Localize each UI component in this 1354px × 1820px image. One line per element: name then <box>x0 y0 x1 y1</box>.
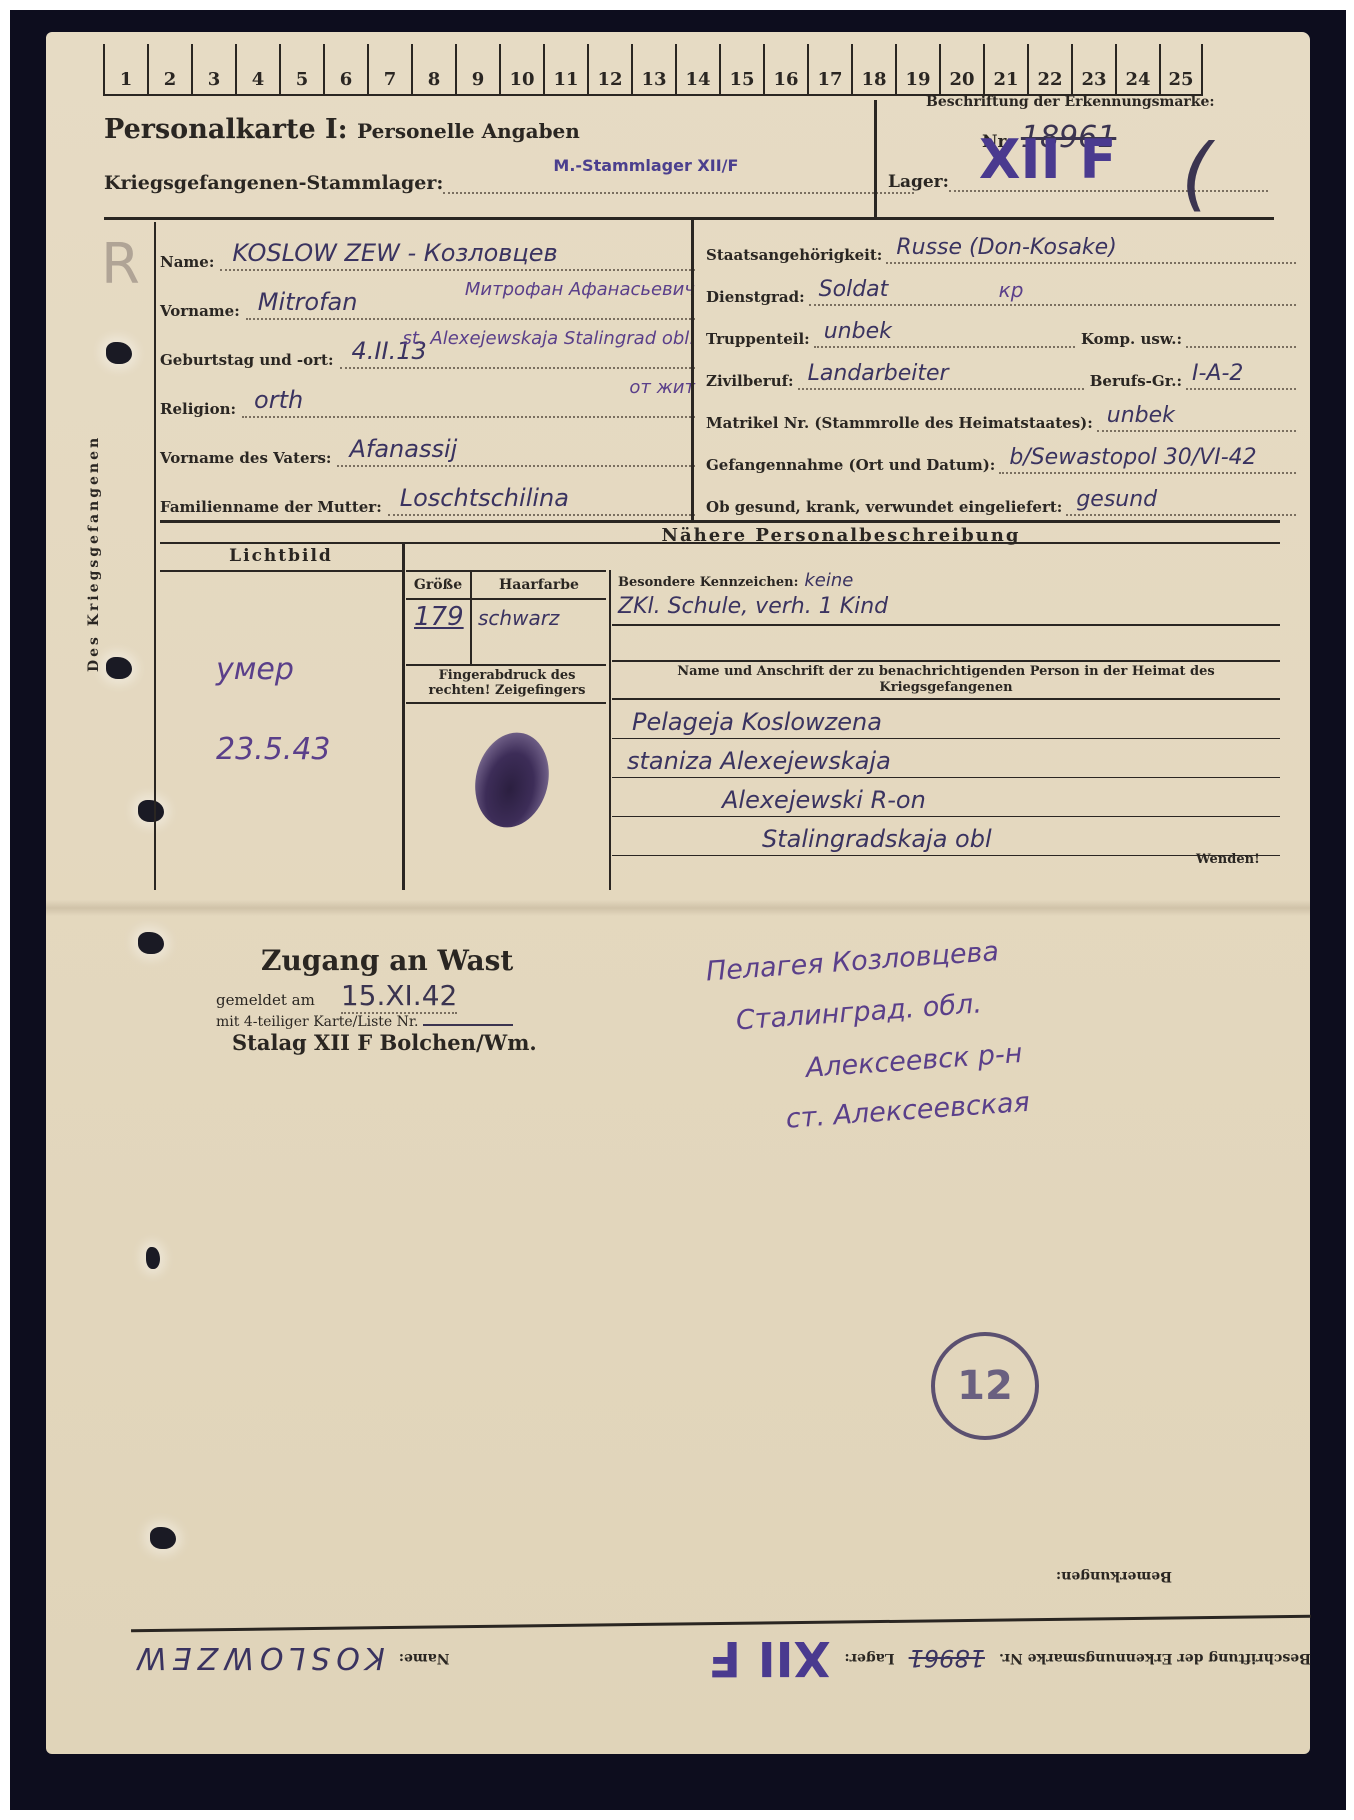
contact-label: Name und Anschrift der zu benachrichtige… <box>626 664 1266 696</box>
punch-hole <box>106 657 132 679</box>
death-note: умер <box>216 652 294 687</box>
contact-line-text: Alexejewski R-on <box>722 786 926 814</box>
field-value-line: Landarbeiter <box>798 364 1084 390</box>
height-value: 179 <box>414 602 464 632</box>
stammlager-row: Kriegsgefangenen-Stammlager: M.-Stammlag… <box>104 172 914 194</box>
marks-line2: ZKl. Schule, verh. 1 Kind <box>618 594 888 619</box>
number-box: 16 <box>763 44 807 94</box>
personal-right-row: Zivilberuf:LandarbeiterBerufs-Gr.:I-A-2 <box>706 348 1296 390</box>
number-box: 17 <box>807 44 851 94</box>
field-value: Soldat <box>819 277 889 302</box>
personal-left-row: Name:KOSLOW ZEW - Козловцев <box>160 222 725 271</box>
contact-line: Alexejewski R-on <box>612 778 1280 817</box>
field-value: Loschtschilina <box>400 484 569 512</box>
card-title: Personalkarte I: Personelle Angaben <box>104 114 580 145</box>
divider <box>609 570 611 890</box>
field-value-line: unbek <box>814 322 1075 348</box>
number-box: 1 <box>103 44 147 94</box>
circle-stamp-number: 12 <box>957 1363 1013 1409</box>
marks-row: Besondere Kennzeichen: keine <box>618 570 853 591</box>
field-value: unbek <box>1107 403 1175 428</box>
personal-right-row: Gefangennahme (Ort und Datum):b/Sewastop… <box>706 432 1296 474</box>
field-label: Religion: <box>160 400 236 418</box>
number-box: 25 <box>1159 44 1203 94</box>
stamp-list-row: mit 4-teiliger Karte/Liste Nr. <box>216 1014 537 1030</box>
stamp-list-label: mit 4-teiliger Karte/Liste Nr. <box>216 1014 419 1030</box>
number-box: 9 <box>455 44 499 94</box>
field-value-line: gesund <box>1066 490 1296 516</box>
field-label: Dienstgrad: <box>706 288 805 306</box>
number-box: 10 <box>499 44 543 94</box>
field-value-line: 4.II.13st. Alexejewskaja Stalingrad obl. <box>340 339 695 369</box>
inverted-name-value: KOSLOWZEW <box>131 1641 385 1676</box>
photo-divider <box>402 542 405 890</box>
field-note: кр <box>999 278 1024 302</box>
field-note: от жит <box>629 377 695 398</box>
personal-right-row: Matrikel Nr. (Stammrolle des Heimatstaat… <box>706 390 1296 432</box>
hair-value: schwarz <box>478 606 559 630</box>
rule <box>612 624 1280 626</box>
russian-address: Пелагея КозловцеваСталинград. обл.Алексе… <box>706 937 1266 1137</box>
punch-hole <box>146 1247 160 1269</box>
number-box: 23 <box>1071 44 1115 94</box>
inverted-lager-label: Lager: <box>844 1650 894 1666</box>
turn-label: Wenden! <box>1196 852 1260 867</box>
contact-line: staniza Alexejewskaja <box>612 739 1280 778</box>
inverted-erkennungsmarke-label: Beschriftung der Erkennungsmarke Nr. <box>999 1650 1311 1666</box>
photo-label: Lichtbild <box>160 546 402 566</box>
field-label: Ob gesund, krank, verwundet eingeliefert… <box>706 498 1062 516</box>
punch-hole <box>138 800 164 822</box>
number-box: 11 <box>543 44 587 94</box>
personal-right-row: Truppenteil:unbekKomp. usw.: <box>706 306 1296 348</box>
stamp-reported-row: gemeldet am 15.XI.42 <box>216 979 537 1014</box>
erkennungsmarke-label: Beschriftung der Erkennungsmarke: <box>926 94 1215 110</box>
field-label: Familienname der Mutter: <box>160 498 382 516</box>
contact-line-text: staniza Alexejewskaja <box>627 747 891 775</box>
field-note: Митрофан Афанасьевич <box>465 279 695 300</box>
title-main: Personalkarte I: <box>104 114 348 145</box>
number-box: 21 <box>983 44 1027 94</box>
field-value-line: Soldatкр <box>809 280 1296 306</box>
field-label: Name: <box>160 253 214 271</box>
lager-field: XII F <box>949 174 1268 192</box>
field-label: Matrikel Nr. (Stammrolle des Heimatstaat… <box>706 414 1093 432</box>
number-box: 7 <box>367 44 411 94</box>
field-value: orth <box>254 386 303 414</box>
number-box: 14 <box>675 44 719 94</box>
field-value: b/Sewastopol 30/VI-42 <box>1009 445 1256 470</box>
field-note: st. Alexejewskaja Stalingrad obl. <box>403 328 695 349</box>
number-box: 6 <box>323 44 367 94</box>
stamp-camp: Stalag XII F Bolchen/Wm. <box>232 1030 537 1055</box>
rule <box>160 570 402 572</box>
number-boxes: 1234567891011121314151617181920212223242… <box>103 44 1203 96</box>
number-box: 18 <box>851 44 895 94</box>
rule <box>406 570 606 572</box>
field-value: KOSLOW ZEW - Козловцев <box>232 239 557 267</box>
fold-line <box>46 900 1310 916</box>
personal-left-row: Vorname:MitrofanМитрофан Афанасьевич <box>160 271 725 320</box>
field-label: Staatsangehörigkeit: <box>706 246 882 264</box>
field-label-2: Komp. usw.: <box>1081 330 1182 348</box>
inverted-lager-stamp: XII F <box>708 1630 830 1686</box>
stamp-list-field <box>423 1024 513 1026</box>
field-value-line: KOSLOW ZEW - Козловцев <box>220 241 695 271</box>
field-label: Vorname des Vaters: <box>160 449 331 467</box>
pencil-mark: R <box>101 232 140 297</box>
stamp-reported-label: gemeldet am <box>216 991 315 1009</box>
personal-right-row: Dienstgrad:Soldatкр <box>706 264 1296 306</box>
contact-line: Stalingradskaja obl <box>612 817 1280 856</box>
number-box: 20 <box>939 44 983 94</box>
rule <box>406 664 606 666</box>
marks-value: keine <box>804 570 853 591</box>
divider <box>470 572 472 664</box>
number-box: 8 <box>411 44 455 94</box>
fingerprint-label: Fingerabdruck des rechten! Zeigefingers <box>408 668 606 698</box>
field-value: gesund <box>1076 487 1157 512</box>
field-label: Gefangennahme (Ort und Datum): <box>706 456 995 474</box>
field-value-line: b/Sewastopol 30/VI-42 <box>999 448 1296 474</box>
stammlager-stamp: M.-Stammlager XII/F <box>553 156 738 175</box>
field-value-line: unbek <box>1097 406 1296 432</box>
field-value-line-2: I-A-2 <box>1186 364 1296 390</box>
marks-label: Besondere Kennzeichen: <box>618 575 798 590</box>
personal-right-row: Ob gesund, krank, verwundet eingeliefert… <box>706 474 1296 516</box>
number-box: 3 <box>191 44 235 94</box>
field-label: Zivilberuf: <box>706 372 794 390</box>
fingerprint <box>465 725 558 836</box>
personal-left-row: Geburtstag und -ort:4.II.13st. Alexejews… <box>160 320 725 369</box>
rule <box>406 702 606 704</box>
personal-left-row: Familienname der Mutter:Loschtschilina <box>160 467 725 516</box>
personal-left: Name:KOSLOW ZEW - КозловцевVorname:Mitro… <box>160 222 725 516</box>
punch-hole <box>106 342 132 364</box>
field-value-line: Afanassij <box>337 437 695 467</box>
field-value-line-2 <box>1186 322 1296 348</box>
number-box: 5 <box>279 44 323 94</box>
side-label: Des Kriegsgefangenen <box>86 435 102 672</box>
stamp-title: Zugang an Wast <box>261 944 537 977</box>
field-label: Truppenteil: <box>706 330 810 348</box>
field-value-line: Russe (Don-Kosake) <box>886 238 1296 264</box>
field-value-2: I-A-2 <box>1192 361 1243 386</box>
number-box: 22 <box>1027 44 1071 94</box>
number-box: 2 <box>147 44 191 94</box>
lager-label: Lager: <box>888 172 949 192</box>
circle-stamp: 12 <box>931 1332 1039 1440</box>
personnel-card: 1234567891011121314151617181920212223242… <box>46 32 1310 1754</box>
field-value-line: orthот жит <box>242 388 695 418</box>
stamp-date: 15.XI.42 <box>341 979 458 1014</box>
field-label-2: Berufs-Gr.: <box>1090 372 1182 390</box>
contact-line-text: Pelageja Koslowzena <box>632 708 882 736</box>
inverted-name-label: Name: <box>399 1650 450 1666</box>
rule <box>406 598 606 600</box>
remarks-label: Bemerkungen: <box>1056 1568 1172 1584</box>
header-divider <box>874 100 877 220</box>
personal-right-row: Staatsangehörigkeit:Russe (Don-Kosake) <box>706 222 1296 264</box>
margin-mark: ( <box>1181 127 1212 220</box>
stammlager-field: M.-Stammlager XII/F <box>443 172 914 194</box>
number-box: 19 <box>895 44 939 94</box>
punch-hole <box>138 932 164 954</box>
field-label: Geburtstag und -ort: <box>160 351 334 369</box>
number-box: 24 <box>1115 44 1159 94</box>
rule <box>160 542 1280 544</box>
height-label: Größe <box>408 577 468 593</box>
side-divider <box>154 222 156 890</box>
number-box: 12 <box>587 44 631 94</box>
hair-label: Haarfarbe <box>474 577 604 593</box>
contact-line-text: Stalingradskaja obl <box>762 825 992 853</box>
lager-stamp: XII F <box>979 128 1117 191</box>
field-value: Afanassij <box>349 435 457 463</box>
rule <box>160 520 1280 523</box>
punch-hole <box>150 1527 176 1549</box>
number-box: 15 <box>719 44 763 94</box>
field-value: Mitrofan <box>258 288 358 316</box>
personal-left-row: Religion:orthот жит <box>160 369 725 418</box>
rule <box>104 217 1274 220</box>
field-value-line: MitrofanМитрофан Афанасьевич <box>246 290 695 320</box>
number-box: 13 <box>631 44 675 94</box>
field-value-line: Loschtschilina <box>388 486 695 516</box>
arrival-stamp: Zugang an Wast gemeldet am 15.XI.42 mit … <box>216 944 537 1055</box>
personal-left-row: Vorname des Vaters:Afanassij <box>160 418 725 467</box>
inverted-nr-value: 18961 <box>909 1644 985 1672</box>
stammlager-label: Kriegsgefangenen-Stammlager: <box>104 172 443 194</box>
field-value: Landarbeiter <box>808 361 949 386</box>
inverted-footer-row: Beschriftung der Erkennungsmarke Nr. 189… <box>131 1630 1311 1686</box>
field-value: unbek <box>824 319 892 344</box>
rule <box>612 660 1280 662</box>
death-date: 23.5.43 <box>216 732 331 767</box>
number-box: 4 <box>235 44 279 94</box>
contact-lines: Pelageja Koslowzenastaniza Alexejewskaja… <box>612 700 1280 856</box>
field-label: Vorname: <box>160 302 240 320</box>
contact-line: Pelageja Koslowzena <box>612 700 1280 739</box>
field-value: Russe (Don-Kosake) <box>896 235 1116 260</box>
personal-right: Staatsangehörigkeit:Russe (Don-Kosake)Di… <box>706 222 1296 516</box>
column-divider <box>691 220 694 520</box>
title-sub: Personelle Angaben <box>357 119 580 143</box>
